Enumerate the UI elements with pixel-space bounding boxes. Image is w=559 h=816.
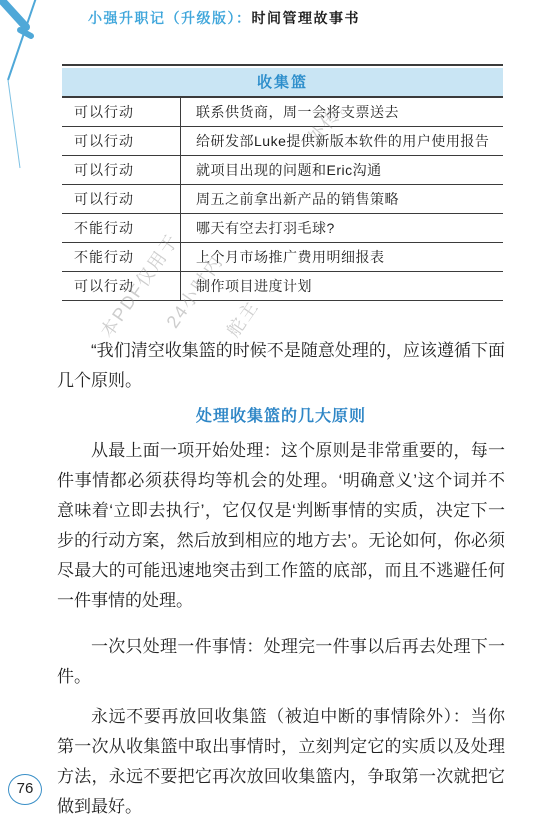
table-row: 可以行动 联系供货商，周一会将支票送去 xyxy=(62,98,503,127)
item-cell: 联系供货商，周一会将支票送去 xyxy=(180,98,503,126)
item-cell: 就项目出现的问题和Eric沟通 xyxy=(180,156,503,184)
status-cell: 可以行动 xyxy=(62,272,180,300)
table-row: 可以行动 周五之前拿出新产品的销售策略 xyxy=(62,185,503,214)
item-cell: 制作项目进度计划 xyxy=(180,272,503,300)
table-title: 收集篮 xyxy=(62,68,503,98)
section-heading: 处理收集篮的几大原则 xyxy=(57,405,505,429)
book-page: 小强升职记（升级版）：时间管理故事书 收集篮 可以行动 联系供货商，周一会将支票… xyxy=(0,0,559,816)
item-cell: 上个月市场推广费用明细报表 xyxy=(180,243,503,271)
status-cell: 可以行动 xyxy=(62,98,180,126)
table-row: 可以行动 就项目出现的问题和Eric沟通 xyxy=(62,156,503,185)
book-header-title: 小强升职记（升级版）：时间管理故事书 xyxy=(88,8,360,28)
book-title-rest: 时间管理故事书 xyxy=(252,10,361,26)
principle-paragraph-1: 从最上面一项开始处理：这个原则是非常重要的，每一件事情都必须获得均等机会的处理。… xyxy=(57,436,505,616)
table-row: 不能行动 上个月市场推广费用明细报表 xyxy=(62,243,503,272)
item-cell: 周五之前拿出新产品的销售策略 xyxy=(180,185,503,213)
body-text: “我们清空收集篮的时候不是随意处理的，应该遵循下面几个原则。 处理收集篮的几大原… xyxy=(57,336,505,816)
status-cell: 可以行动 xyxy=(62,156,180,184)
status-cell: 可以行动 xyxy=(62,127,180,155)
book-title-highlight: 小强升职记（升级版）： xyxy=(88,10,252,26)
status-cell: 不能行动 xyxy=(62,243,180,271)
principle-paragraph-2: 一次只处理一件事情：处理完一件事以后再去处理下一件。 xyxy=(57,632,505,692)
watermark-fragment: 舵主 xyxy=(220,294,264,342)
table-row: 可以行动 给研发部Luke提供新版本软件的用户使用报告 xyxy=(62,127,503,156)
table-row: 可以行动 制作项目进度计划 xyxy=(62,272,503,301)
status-cell: 可以行动 xyxy=(62,185,180,213)
status-cell: 不能行动 xyxy=(62,214,180,242)
intro-paragraph: “我们清空收集篮的时候不是随意处理的，应该遵循下面几个原则。 xyxy=(57,336,505,396)
collection-basket-table: 收集篮 可以行动 联系供货商，周一会将支票送去 可以行动 给研发部Luke提供新… xyxy=(62,64,503,301)
principle-paragraph-3: 永远不要再放回收集篮（被迫中断的事情除外）：当你第一次从收集篮中取出事情时，立刻… xyxy=(57,702,505,816)
table-row: 不能行动 哪天有空去打羽毛球? xyxy=(62,214,503,243)
item-cell: 哪天有空去打羽毛球? xyxy=(180,214,503,242)
page-number-badge: 76 xyxy=(8,774,42,805)
item-cell: 给研发部Luke提供新版本软件的用户使用报告 xyxy=(180,127,503,155)
